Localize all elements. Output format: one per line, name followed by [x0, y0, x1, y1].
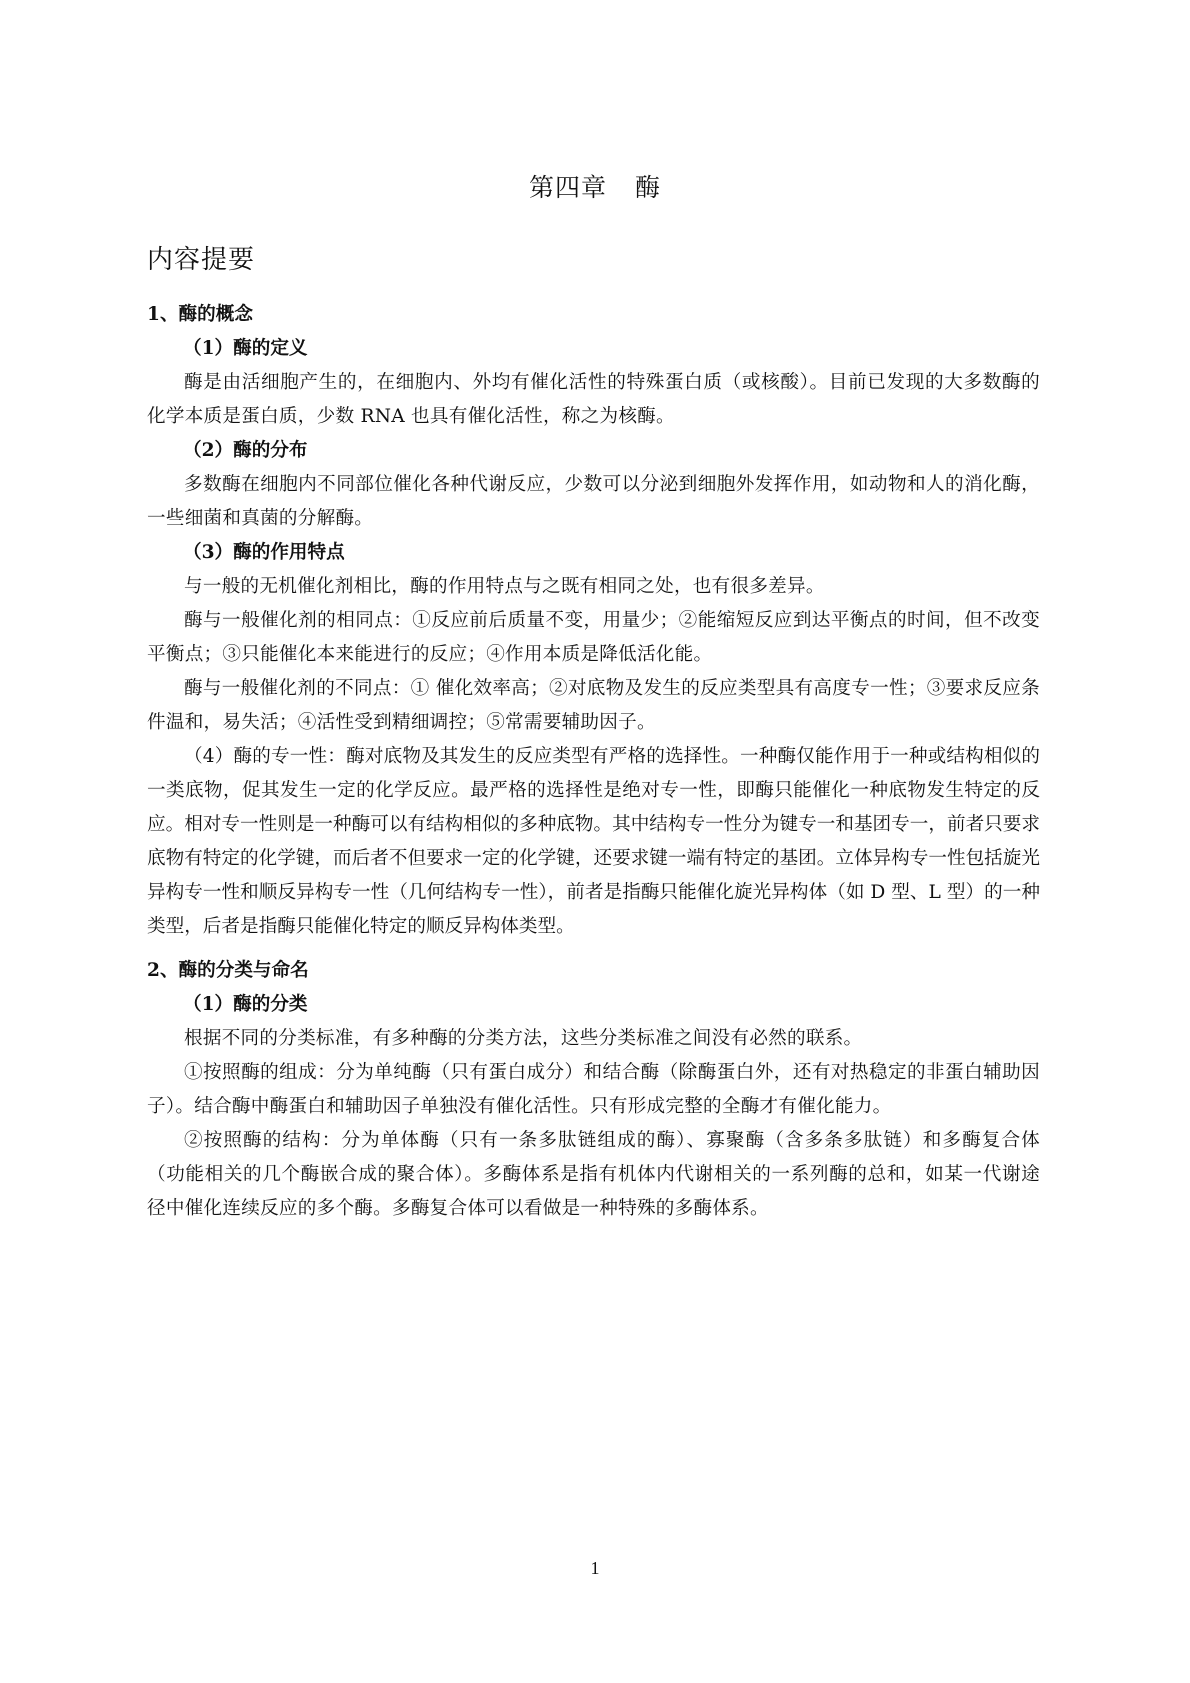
page-number: 1: [0, 1558, 1190, 1579]
paragraph-differences: 酶与一般催化剂的不同点：① 催化效率高；②对底物及发生的反应类型具有高度专一性；…: [147, 672, 1040, 740]
subsection-1-1-heading: （1）酶的定义: [147, 332, 1040, 366]
chapter-number: 第四章: [529, 173, 607, 202]
paragraph-by-composition: ①按照酶的组成：分为单纯酶（只有蛋白成分）和结合酶（除酶蛋白外，还有对热稳定的非…: [147, 1056, 1040, 1124]
paragraph-characteristics-intro: 与一般的无机催化剂相比，酶的作用特点与之既有相同之处，也有很多差异。: [147, 570, 1040, 604]
paragraph-similarities: 酶与一般催化剂的相同点：①反应前后质量不变，用量少；②能缩短反应到达平衡点的时间…: [147, 604, 1040, 672]
chapter-subject: 酶: [635, 173, 661, 202]
document-page: 第四章酶 内容提要 1、酶的概念 （1）酶的定义 酶是由活细胞产生的，在细胞内、…: [0, 0, 1190, 1683]
subsection-1-2-heading: （2）酶的分布: [147, 434, 1040, 468]
section-2-heading: 2、酶的分类与命名: [147, 954, 1040, 988]
chapter-title: 第四章酶: [0, 168, 1190, 204]
paragraph-specificity: （4）酶的专一性：酶对底物及其发生的反应类型有严格的选择性。一种酶仅能作用于一种…: [147, 740, 1040, 944]
document-body: 1、酶的概念 （1）酶的定义 酶是由活细胞产生的，在细胞内、外均有催化活性的特殊…: [147, 298, 1040, 1226]
section-1-heading: 1、酶的概念: [147, 298, 1040, 332]
section-heading-summary: 内容提要: [147, 239, 255, 276]
paragraph-by-structure: ②按照酶的结构：分为单体酶（只有一条多肽链组成的酶）、寡聚酶（含多条多肽链）和多…: [147, 1124, 1040, 1226]
subsection-1-3-heading: （3）酶的作用特点: [147, 536, 1040, 570]
paragraph-enzyme-distribution: 多数酶在细胞内不同部位催化各种代谢反应，少数可以分泌到细胞外发挥作用，如动物和人…: [147, 468, 1040, 536]
subsection-2-1-heading: （1）酶的分类: [147, 988, 1040, 1022]
paragraph-classification-intro: 根据不同的分类标准，有多种酶的分类方法，这些分类标准之间没有必然的联系。: [147, 1022, 1040, 1056]
paragraph-enzyme-definition: 酶是由活细胞产生的，在细胞内、外均有催化活性的特殊蛋白质（或核酸）。目前已发现的…: [147, 366, 1040, 434]
